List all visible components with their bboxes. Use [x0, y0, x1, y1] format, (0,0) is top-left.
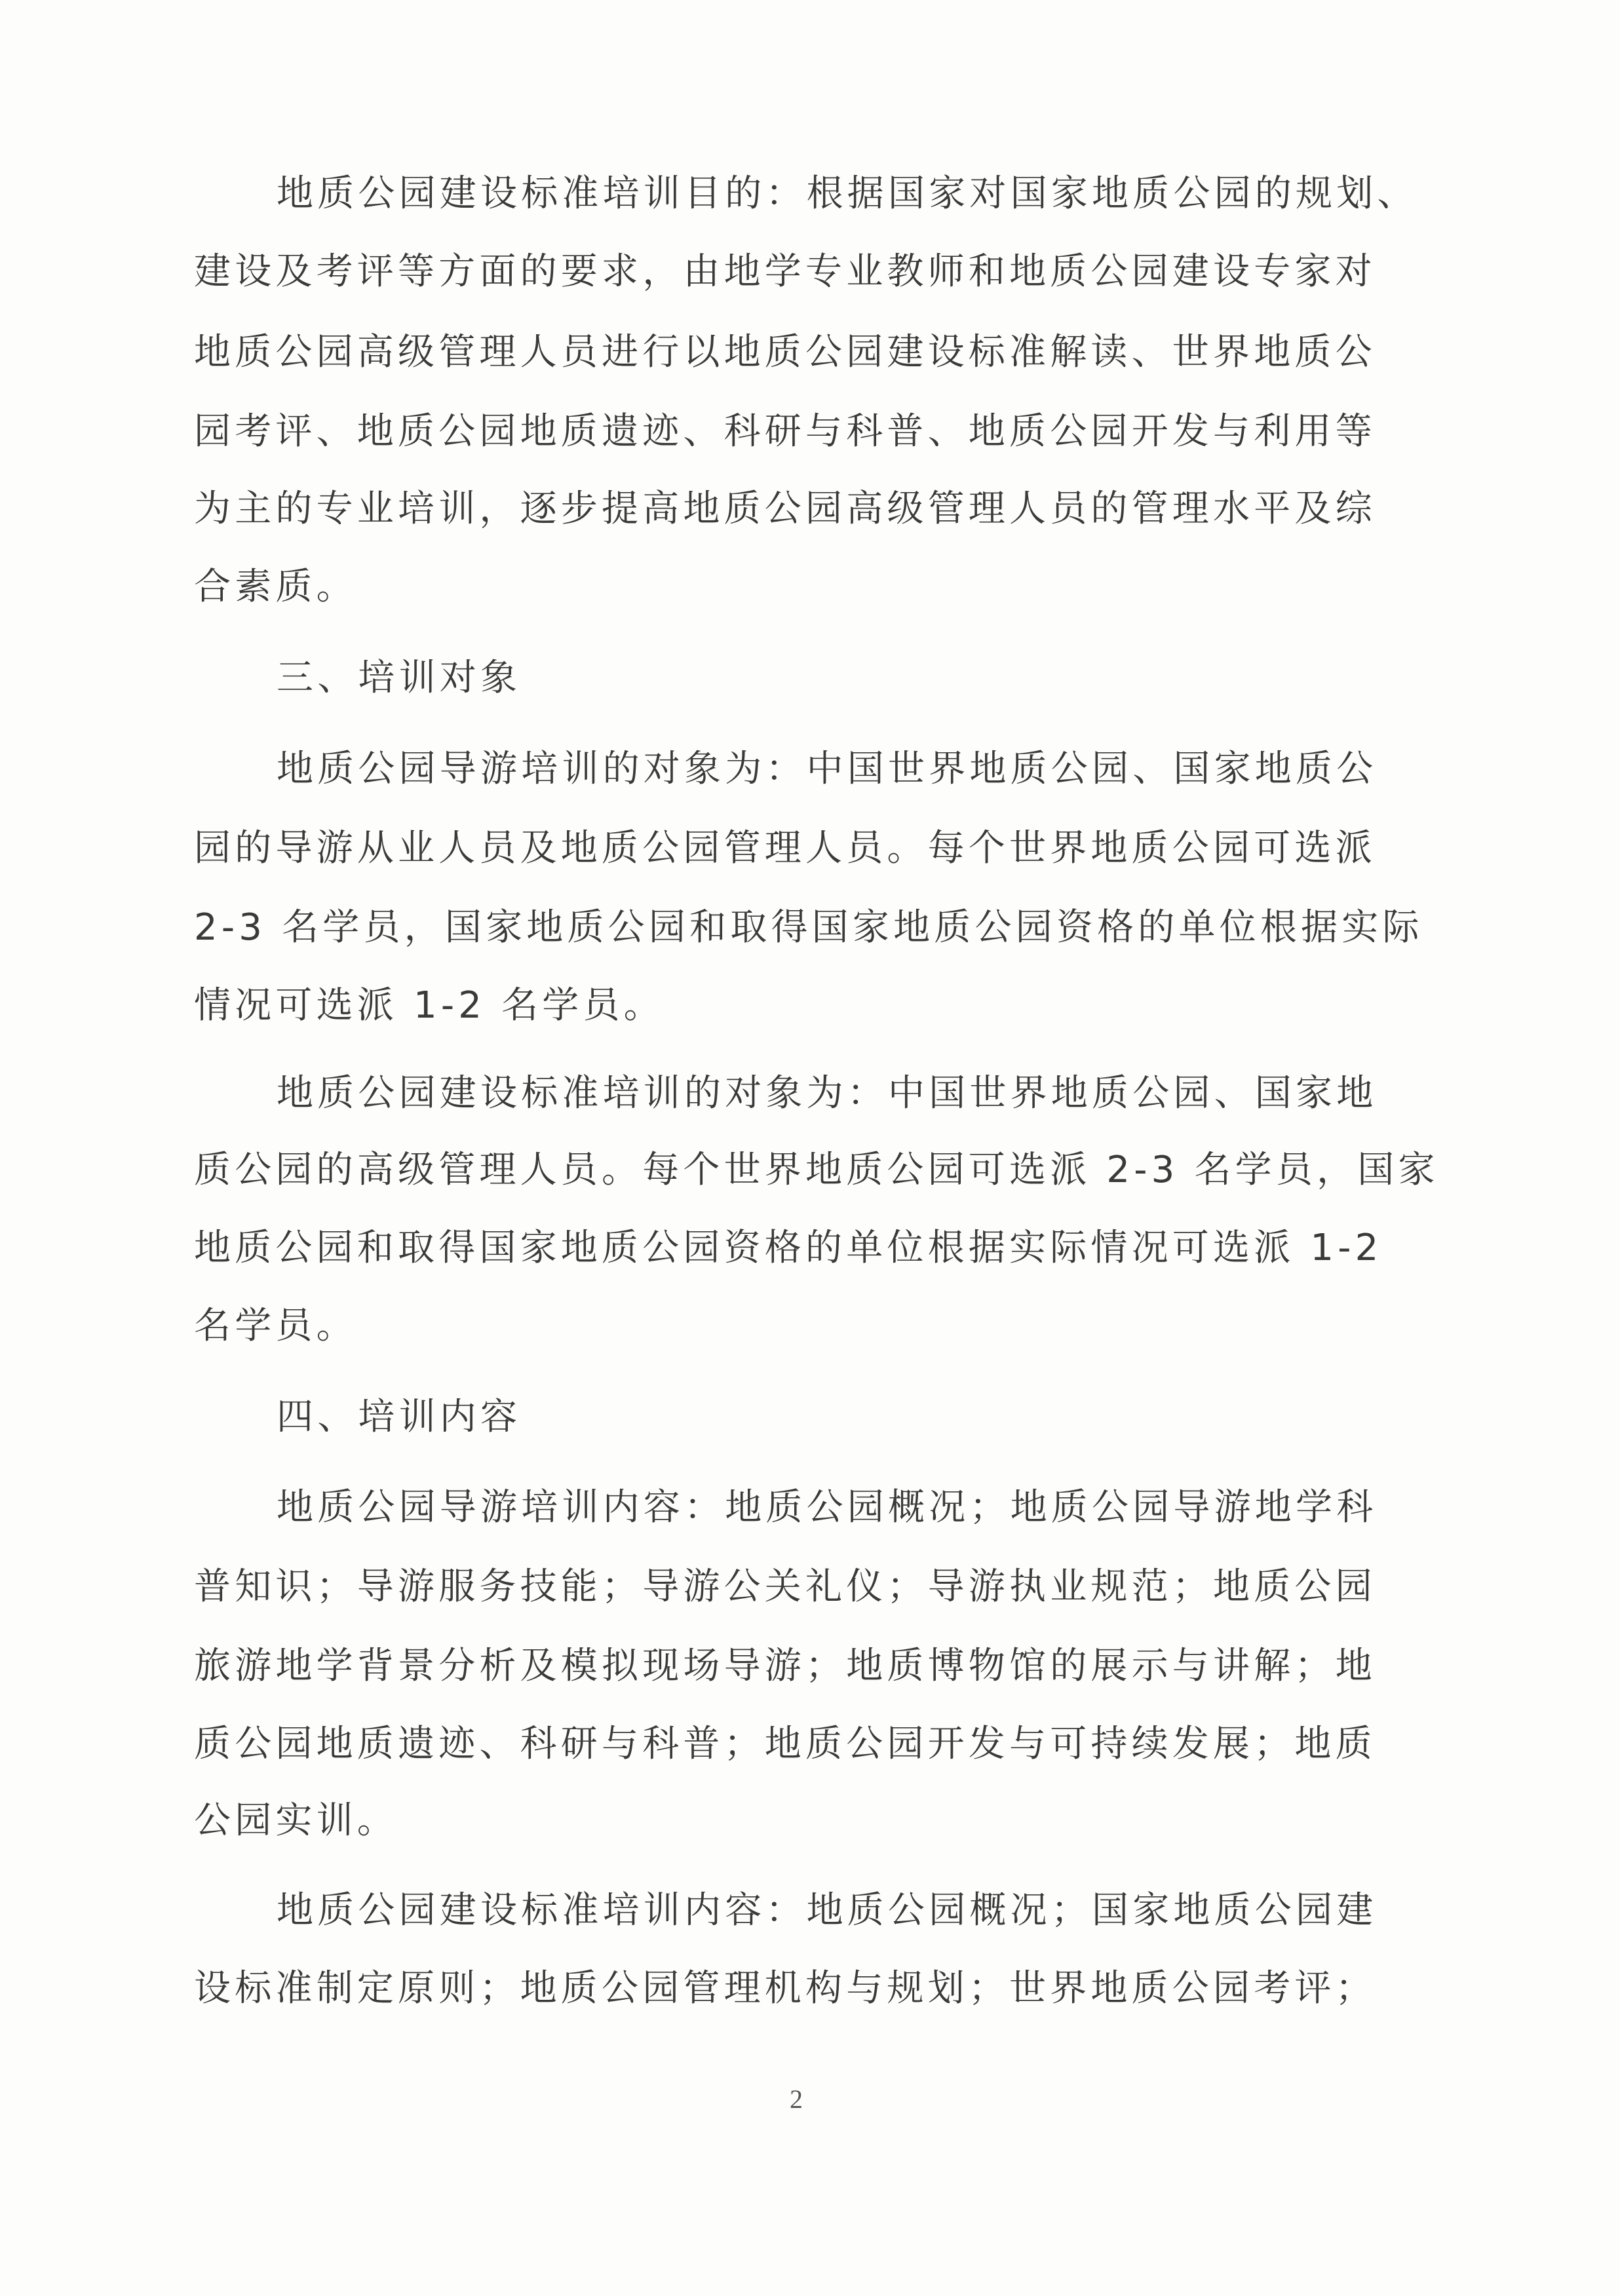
text-line: 质公园地质遗迹、科研与科普；地质公园开发与可持续发展；地质 [194, 1721, 1376, 1767]
text-line: 为主的专业培训，逐步提高地质公园高级管理人员的管理水平及综 [194, 486, 1376, 532]
text-line: 名学员。 [194, 1303, 357, 1349]
text-line: 质公园的高级管理人员。每个世界地质公园可选派 2-3 名学员，国家 [194, 1147, 1439, 1193]
text-line: 地质公园建设标准培训目的：根据国家对国家地质公园的规划、 [277, 171, 1418, 217]
text-line: 设标准制定原则；地质公园管理机构与规划；世界地质公园考评； [194, 1966, 1376, 2012]
text-line: 地质公园导游培训的对象为：中国世界地质公园、国家地质公 [277, 746, 1377, 792]
text-line: 2-3 名学员，国家地质公园和取得国家地质公园资格的单位根据实际 [194, 905, 1423, 951]
text-line: 情况可选派 1-2 名学员。 [194, 983, 665, 1029]
text-line: 地质公园建设标准培训的对象为：中国世界地质公园、国家地 [277, 1071, 1377, 1117]
text-line: 建设及考评等方面的要求，由地学专业教师和地质公园建设专家对 [194, 249, 1376, 295]
text-line: 园的导游从业人员及地质公园管理人员。每个世界地质公园可选派 [194, 826, 1376, 871]
text-line: 普知识；导游服务技能；导游公关礼仪；导游执业规范；地质公园 [194, 1564, 1376, 1610]
text-line: 园考评、地质公园地质遗迹、科研与科普、地质公园开发与利用等 [194, 409, 1376, 455]
text-line: 地质公园建设标准培训内容：地质公园概况；国家地质公园建 [277, 1888, 1377, 1934]
text-line: 地质公园导游培训内容：地质公园概况；地质公园导游地学科 [277, 1485, 1377, 1531]
text-line: 地质公园和取得国家地质公园资格的单位根据实际情况可选派 1-2 [194, 1225, 1382, 1271]
text-line: 地质公园高级管理人员进行以地质公园建设标准解读、世界地质公 [194, 330, 1376, 375]
page-number: 2 [790, 2084, 803, 2114]
text-line: 公园实训。 [194, 1798, 398, 1844]
text-line: 旅游地学背景分析及模拟现场导游；地质博物馆的展示与讲解；地 [194, 1643, 1376, 1689]
text-line: 合素质。 [194, 564, 357, 610]
section-heading: 三、培训对象 [277, 655, 521, 701]
section-heading: 四、培训内容 [277, 1394, 521, 1440]
